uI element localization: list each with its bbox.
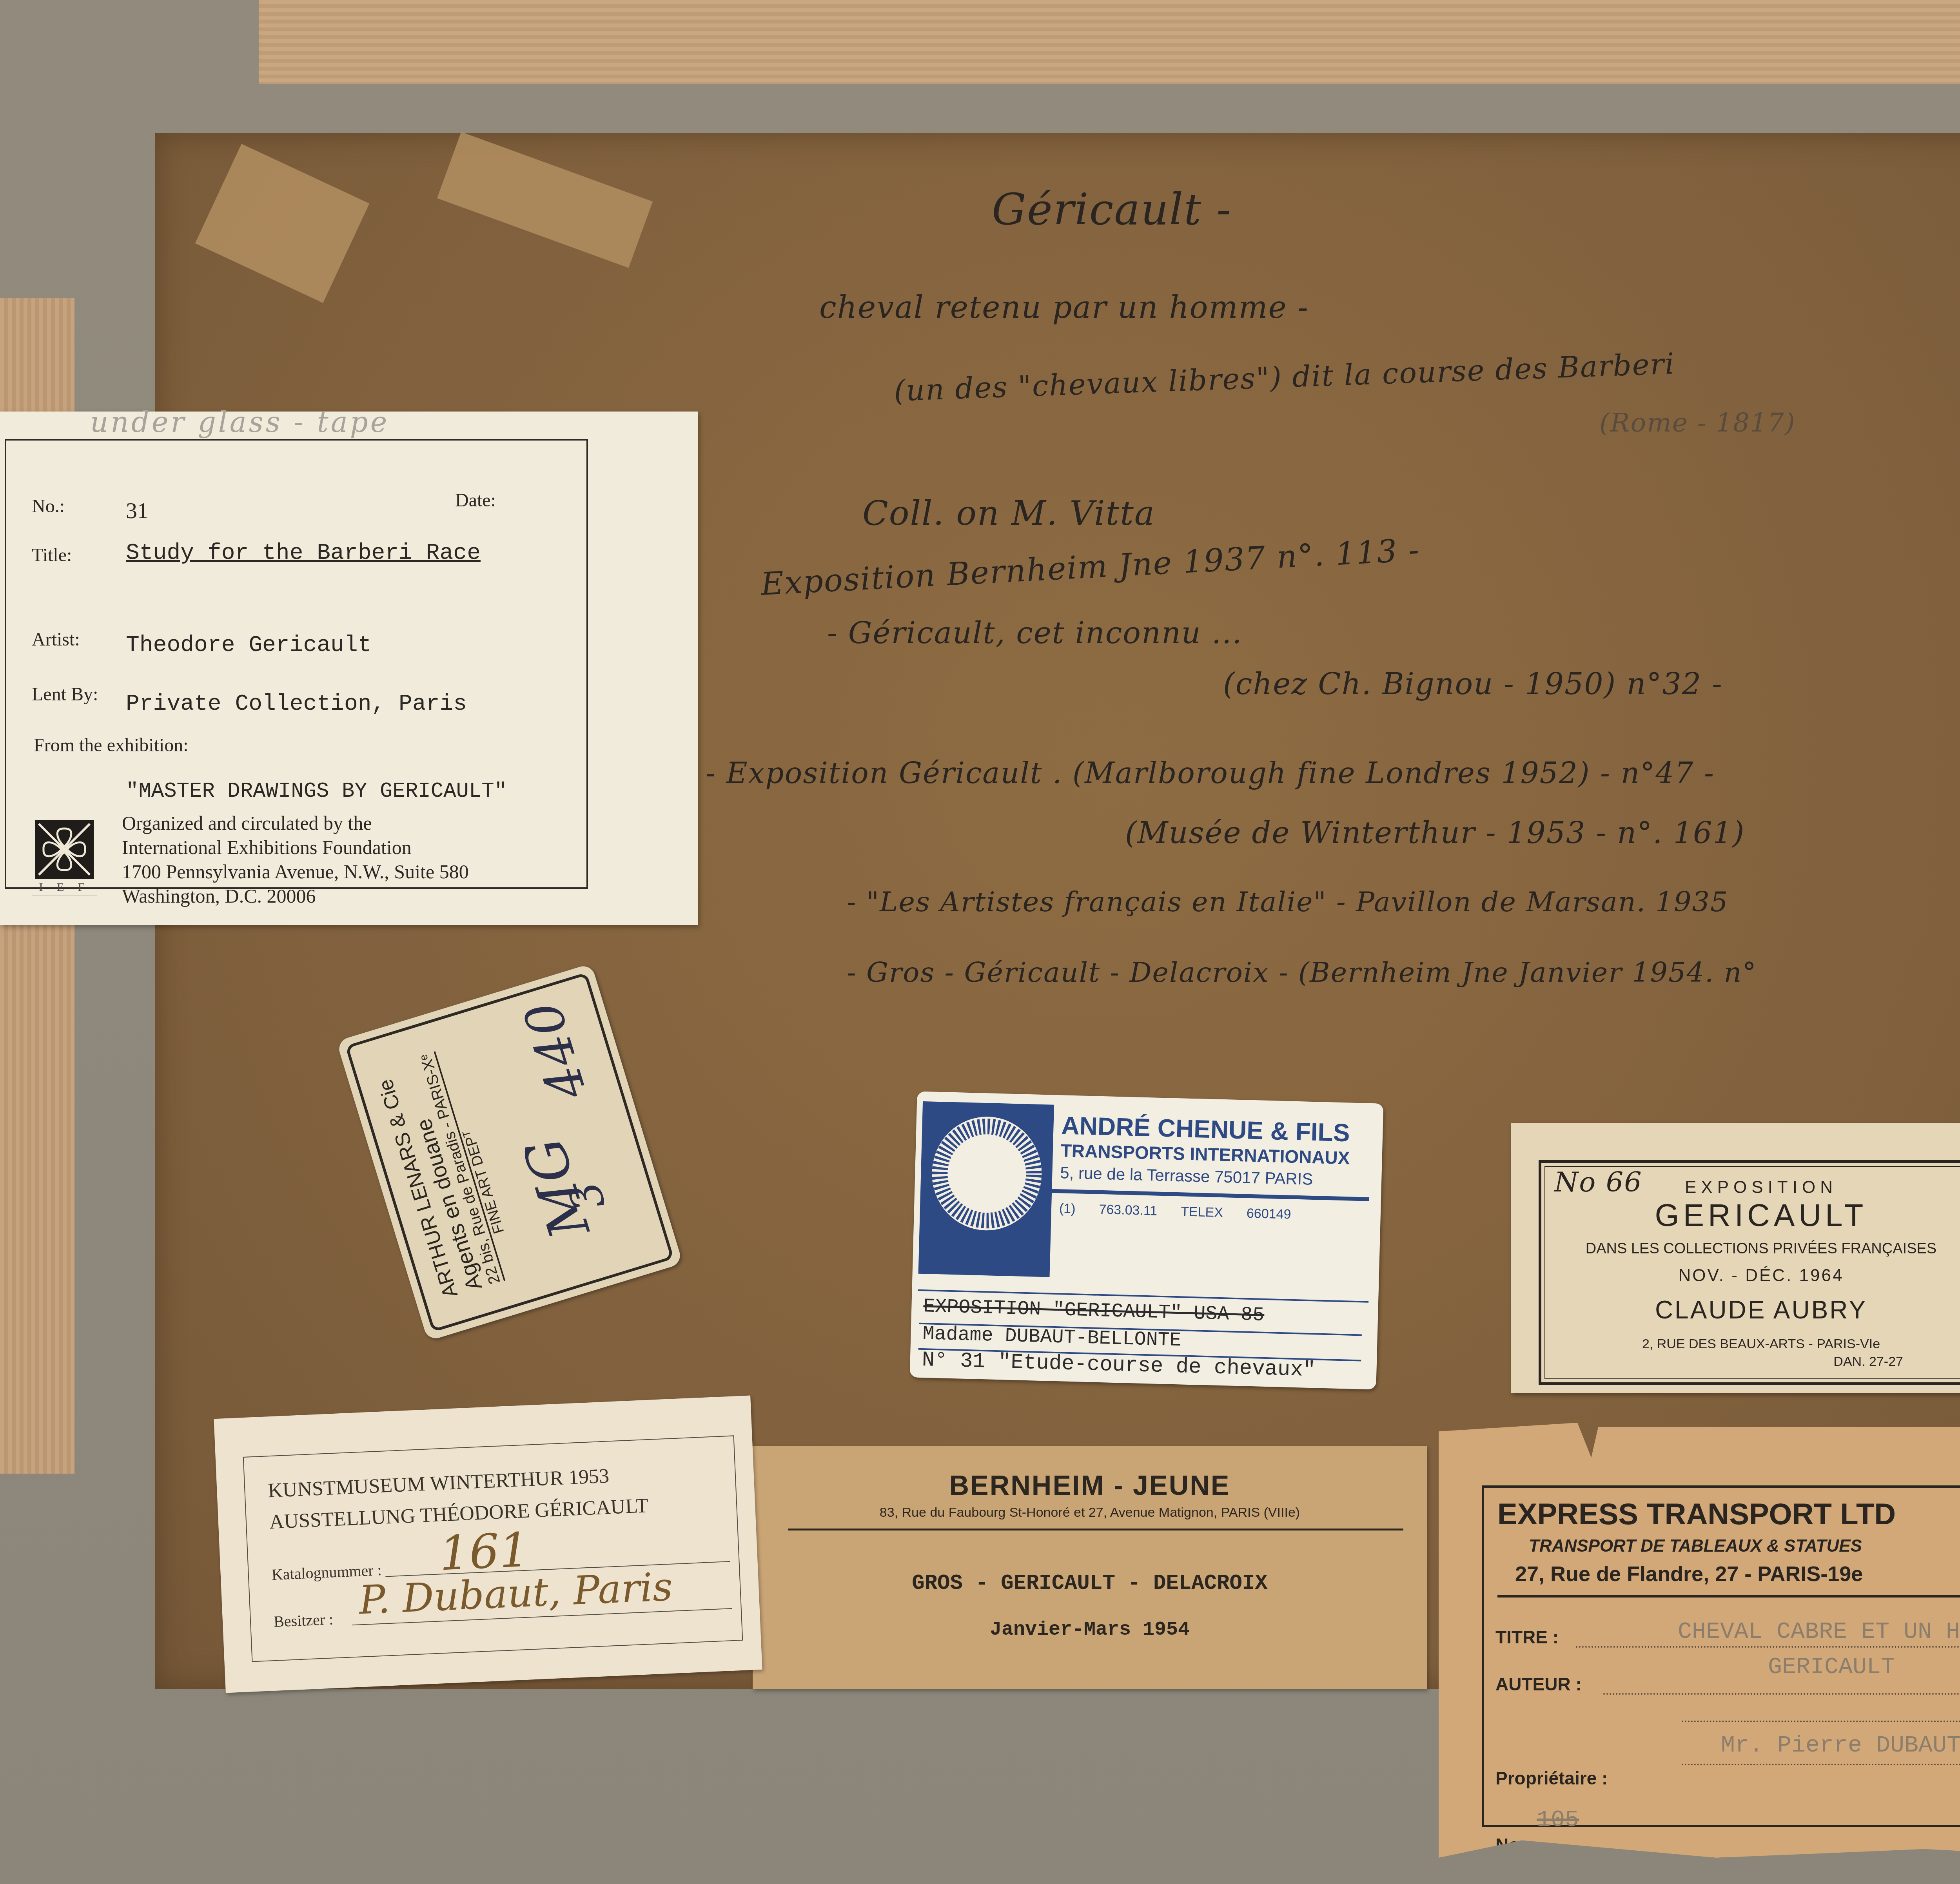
ief-logo: I E F [32, 817, 97, 896]
top-cardboard-strip [259, 0, 1960, 84]
proprietaire-value: Mr. Pierre DUBAUT [1721, 1732, 1960, 1759]
org-line: Washington, D.C. 20006 [122, 884, 469, 908]
lent-by-value: Private Collection, Paris [126, 691, 467, 717]
express-address: 27, Rue de Flandre, 27 - PARIS-19e [1515, 1562, 1863, 1586]
swirl-logo-icon [926, 1113, 1047, 1234]
titre-value: CHEVAL CABRE ET UN HOMME [1678, 1619, 1960, 1645]
typed-line: Madame DUBAUT-BELLONTE [922, 1323, 1181, 1352]
winterthur-label: KUNSTMUSEUM WINTERTHUR 1953 AUSSTELLUNG … [214, 1395, 762, 1693]
note-heading: Géricault - [992, 184, 1232, 234]
auteur-value: GERICAULT [1768, 1654, 1895, 1681]
artist-label: Artist: [32, 629, 80, 650]
organizer-lines: Organized and circulated by the Internat… [122, 811, 469, 908]
chenue-transport-label: ANDRÉ CHENUE & FILS TRANSPORTS INTERNATI… [910, 1092, 1384, 1390]
besitzer-label: Besitzer : [273, 1610, 334, 1631]
exhibition-title: "MASTER DRAWINGS BY GERICAULT" [126, 780, 507, 803]
note-line: (Rome - 1817) [1599, 408, 1796, 438]
ornament-icon [35, 820, 94, 879]
contact-row: (1) 763.03.11 TELEX 660149 [1059, 1201, 1369, 1224]
from-exhibition-label: From the exhibition: [34, 734, 189, 756]
aubry-line4: NOV. - DÉC. 1964 [1511, 1266, 1960, 1286]
org-line: Organized and circulated by the [122, 811, 469, 835]
express-name: EXPRESS TRANSPORT LTD [1497, 1497, 1896, 1531]
note-line: - Gros - Géricault - Delacroix - (Bernhe… [847, 956, 1757, 988]
bernheim-name: BERNHEIM - JEUNE [753, 1470, 1427, 1501]
artist-value: Theodore Gericault [126, 633, 372, 658]
note-line: (Musée de Winterthur - 1953 - n°. 161) [1125, 815, 1745, 850]
aubry-line6: 2, RUE DES BEAUX-ARTS - PARIS-VIe [1511, 1336, 1960, 1352]
bernheim-address: 83, Rue du Faubourg St-Honoré et 27, Ave… [753, 1505, 1427, 1520]
titre-label: TITRE : [1495, 1627, 1559, 1648]
org-line: 1700 Pennsylvania Avenue, N.W., Suite 58… [122, 859, 469, 884]
no-value: 105 [1537, 1807, 1579, 1833]
bernheim-dates: Janvier-Mars 1954 [753, 1619, 1427, 1641]
aubry-line5: CLAUDE AUBRY [1511, 1295, 1960, 1324]
note-line: Coll. on M. Vitta [862, 494, 1155, 533]
proprietaire-label: Propriétaire : [1495, 1768, 1608, 1789]
express-subtitle: TRANSPORT DE TABLEAUX & STATUES [1529, 1536, 1862, 1556]
telex: 660149 [1246, 1206, 1291, 1222]
phone-prefix: (1) [1059, 1201, 1076, 1217]
chenue-info: ANDRÉ CHENUE & FILS TRANSPORTS INTERNATI… [1059, 1111, 1372, 1224]
phone: 763.03.11 [1099, 1202, 1158, 1219]
no-label: No.: [32, 495, 65, 517]
note-line: - Exposition Géricault . (Marlborough fi… [706, 756, 1715, 790]
express-transport-label: EXPRESS TRANSPORT LTD TRANSPORT DE TABLE… [1439, 1423, 1960, 1858]
telex-label: TELEX [1181, 1204, 1223, 1220]
chenue-logo [918, 1101, 1054, 1277]
note-line: - "Les Artistes français en Italie" - Pa… [847, 886, 1729, 918]
note-line: (chez Ch. Bignou - 1950) n°32 - [1223, 666, 1723, 701]
auteur-label: AUTEUR : [1495, 1674, 1582, 1695]
no-value: 31 [126, 497, 149, 524]
lent-by-label: Lent By: [32, 684, 98, 705]
bernheim-exhibition: GROS - GERICAULT - DELACROIX [753, 1572, 1427, 1596]
date-label: Date: [455, 490, 496, 511]
ief-exhibition-label: under glass - tape No.: 31 Date: Title: … [0, 412, 698, 925]
pencil-note: under glass - tape [90, 406, 389, 439]
aubry-line1: EXPOSITION [1511, 1178, 1960, 1197]
bernheim-jeune-label: BERNHEIM - JEUNE 83, Rue du Faubourg St-… [753, 1446, 1427, 1689]
ief-logo-text: I E F [32, 881, 97, 894]
aubry-exhibition-label: No 66 EXPOSITION GERICAULT DANS LES COLL… [1511, 1123, 1960, 1393]
chenue-header: ANDRÉ CHENUE & FILS TRANSPORTS INTERNATI… [918, 1101, 1374, 1286]
note-line: - Géricault, cet inconnu ... [827, 615, 1242, 650]
org-line: International Exhibitions Foundation [122, 835, 469, 859]
aubry-line3: DANS LES COLLECTIONS PRIVÉES FRANÇAISES [1511, 1240, 1960, 1257]
note-line: cheval retenu par un homme - [819, 290, 1309, 325]
typed-line: EXPOSITION "GERICAULT" USA 85 [923, 1295, 1265, 1327]
aubry-line7: DAN. 27-27 [1511, 1354, 1903, 1369]
title-label: Title: [32, 544, 72, 566]
typed-line: N° 31 "Etude-course de chevaux" [922, 1348, 1316, 1382]
aubry-line2: GERICAULT [1511, 1197, 1960, 1233]
title-value: Study for the Barberi Race [126, 540, 481, 566]
label-border: No.: 31 Date: Title: Study for the Barbe… [5, 439, 588, 889]
